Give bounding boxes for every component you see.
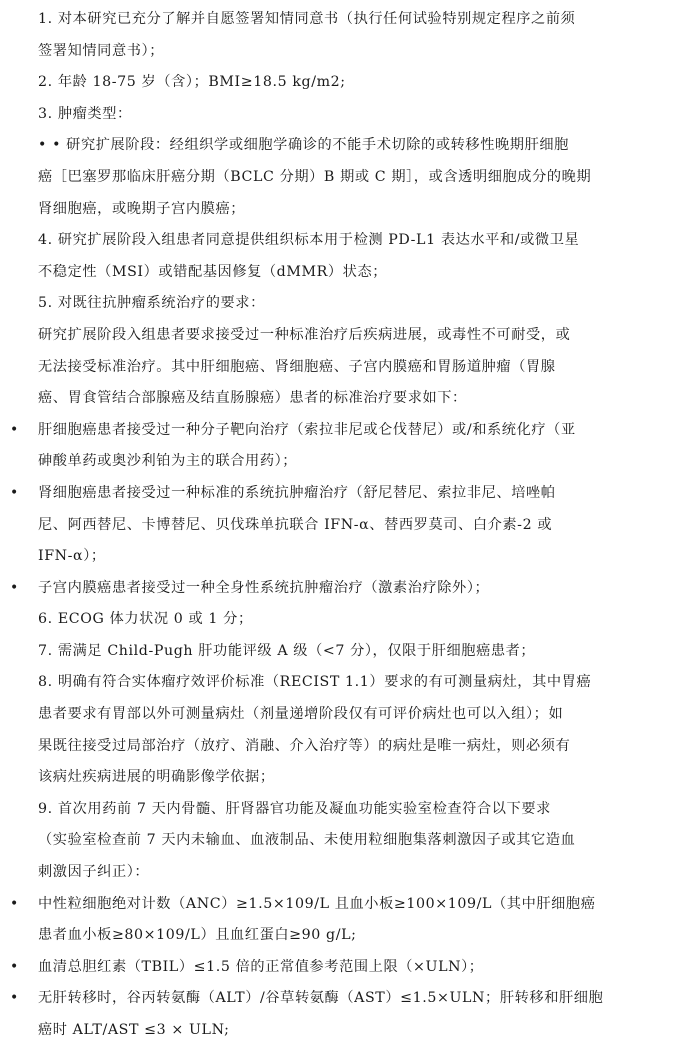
line-text: 5. 对既往抗肿瘤系统治疗的要求： — [38, 295, 265, 311]
text-line: 3. 肿瘤类型： — [0, 99, 688, 131]
text-line: 果既往接受过局部治疗（放疗、消融、介入治疗等）的病灶是唯一病灶，则必须有 — [0, 731, 688, 763]
text-line: （实验室检查前 7 天内未输血、血液制品、未使用粒细胞集落刺激因子或其它造血 — [0, 825, 688, 857]
line-text: 尼、阿西替尼、卡博替尼、贝伐珠单抗联合 IFN-α、替西罗莫司、白介素-2 或 — [38, 517, 552, 533]
bullet-icon: • — [10, 478, 19, 510]
text-line: IFN-α）； — [0, 541, 688, 573]
line-text: 刺激因子纠正）： — [38, 864, 149, 880]
line-text: 砷酸单药或奥沙利铂为主的联合用药）； — [38, 453, 297, 469]
text-line: 5. 对既往抗肿瘤系统治疗的要求： — [0, 288, 688, 320]
line-text: 无肝转移时，谷丙转氨酶（ALT）/谷草转氨酶（AST）≤1.5×ULN；肝转移和… — [38, 990, 603, 1006]
line-text: 患者要求有胃部以外可测量病灶（剂量递增阶段仅有可评价病灶也可以入组）；如 — [38, 706, 563, 722]
text-line: 该病灶疾病进展的明确影像学依据； — [0, 762, 688, 794]
line-text: （实验室检查前 7 天内未输血、血液制品、未使用粒细胞集落刺激因子或其它造血 — [38, 832, 575, 848]
text-line: 砷酸单药或奥沙利铂为主的联合用药）； — [0, 446, 688, 478]
line-text: 无法接受标准治疗。其中肝细胞癌、肾细胞癌、子宫内膜癌和胃肠道肿瘤（胃腺 — [38, 359, 556, 375]
line-text: 果既往接受过局部治疗（放疗、消融、介入治疗等）的病灶是唯一病灶，则必须有 — [38, 738, 570, 754]
line-text: 癌［巴塞罗那临床肝癌分期（BCLC 分期）B 期或 C 期］，或含透明细胞成分的… — [38, 169, 591, 185]
line-text: 不稳定性（MSI）或错配基因修复（dMMR）状态； — [38, 264, 387, 280]
text-line: • • 研究扩展阶段：经组织学或细胞学确诊的不能手术切除的或转移性晚期肝细胞 — [0, 130, 688, 162]
bullet-list-item-line: •无肝转移时，谷丙转氨酶（ALT）/谷草转氨酶（AST）≤1.5×ULN；肝转移… — [0, 983, 688, 1015]
text-line: 无法接受标准治疗。其中肝细胞癌、肾细胞癌、子宫内膜癌和胃肠道肿瘤（胃腺 — [0, 352, 688, 384]
line-text: 癌时 ALT/AST ≤3 × ULN; — [38, 1022, 229, 1038]
line-text: 肝细胞癌患者接受过一种分子靶向治疗（索拉非尼或仑伐替尼）或/和系统化疗（亚 — [38, 422, 576, 438]
line-text: 1. 对本研究已充分了解并自愿签署知情同意书（执行任何试验特别规定程序之前须 — [38, 11, 575, 27]
line-text: 3. 肿瘤类型： — [38, 106, 132, 122]
bullet-list-item-line: •血清总胆红素（TBIL）≤1.5 倍的正常值参考范围上限（×ULN）； — [0, 952, 688, 984]
line-text: 该病灶疾病进展的明确影像学依据； — [38, 769, 275, 785]
text-line: 2. 年龄 18-75 岁（含）；BMI≥18.5 kg/m2; — [0, 67, 688, 99]
text-line: 不稳定性（MSI）或错配基因修复（dMMR）状态； — [0, 257, 688, 289]
line-text: 6. ECOG 体力状况 0 或 1 分； — [38, 611, 253, 627]
bullet-list-item-line: •子宫内膜癌患者接受过一种全身性系统抗肿瘤治疗（激素治疗除外）； — [0, 573, 688, 605]
text-line: 刺激因子纠正）： — [0, 857, 688, 889]
bullet-icon: • — [10, 573, 19, 605]
bullet-list-item-line: •肝细胞癌患者接受过一种分子靶向治疗（索拉非尼或仑伐替尼）或/和系统化疗（亚 — [0, 415, 688, 447]
bullet-list-item-line: •肾细胞癌患者接受过一种标准的系统抗肿瘤治疗（舒尼替尼、索拉非尼、培唑帕 — [0, 478, 688, 510]
line-text: 4. 研究扩展阶段入组患者同意提供组织标本用于检测 PD-L1 表达水平和/或微… — [38, 232, 579, 248]
text-line: 4. 研究扩展阶段入组患者同意提供组织标本用于检测 PD-L1 表达水平和/或微… — [0, 225, 688, 257]
line-text: 患者血小板≥80×109/L）且血红蛋白≥90 g/L; — [38, 927, 357, 943]
text-line: 肾细胞癌，或晚期子宫内膜癌； — [0, 194, 688, 226]
text-line: 签署知情同意书）； — [0, 36, 688, 68]
text-line: 尼、阿西替尼、卡博替尼、贝伐珠单抗联合 IFN-α、替西罗莫司、白介素-2 或 — [0, 510, 688, 542]
line-text: 9. 首次用药前 7 天内骨髓、肝肾器官功能及凝血功能实验室检查符合以下要求 — [38, 801, 551, 817]
line-text: 2. 年龄 18-75 岁（含）；BMI≥18.5 kg/m2; — [38, 74, 346, 90]
text-line: 研究扩展阶段入组患者要求接受过一种标准治疗后疾病进展，或毒性不可耐受，或 — [0, 320, 688, 352]
line-text: • • 研究扩展阶段：经组织学或细胞学确诊的不能手术切除的或转移性晚期肝细胞 — [38, 137, 569, 153]
line-text: 癌、胃食管结合部腺癌及结直肠腺癌）患者的标准治疗要求如下： — [38, 390, 467, 406]
line-text: 研究扩展阶段入组患者要求接受过一种标准治疗后疾病进展，或毒性不可耐受，或 — [38, 327, 570, 343]
bullet-list-item-line: •中性粒细胞绝对计数（ANC）≥1.5×109/L 且血小板≥100×109/L… — [0, 889, 688, 921]
text-line: 癌、胃食管结合部腺癌及结直肠腺癌）患者的标准治疗要求如下： — [0, 383, 688, 415]
line-text: 子宫内膜癌患者接受过一种全身性系统抗肿瘤治疗（激素治疗除外）； — [38, 580, 489, 596]
line-text: 肾细胞癌，或晚期子宫内膜癌； — [38, 201, 245, 217]
document-body: 1. 对本研究已充分了解并自愿签署知情同意书（执行任何试验特别规定程序之前须签署… — [0, 4, 688, 1047]
line-text: IFN-α）； — [38, 548, 106, 564]
bullet-icon: • — [10, 983, 19, 1015]
text-line: 6. ECOG 体力状况 0 或 1 分； — [0, 604, 688, 636]
line-text: 签署知情同意书）； — [38, 43, 164, 59]
text-line: 患者要求有胃部以外可测量病灶（剂量递增阶段仅有可评价病灶也可以入组）；如 — [0, 699, 688, 731]
text-line: 癌时 ALT/AST ≤3 × ULN; — [0, 1015, 688, 1047]
bullet-icon: • — [10, 889, 19, 921]
text-line: 8. 明确有符合实体瘤疗效评价标准（RECIST 1.1）要求的有可测量病灶，其… — [0, 667, 688, 699]
line-text: 7. 需满足 Child-Pugh 肝功能评级 A 级（<7 分），仅限于肝细胞… — [38, 643, 535, 659]
line-text: 中性粒细胞绝对计数（ANC）≥1.5×109/L 且血小板≥100×109/L（… — [38, 896, 596, 912]
line-text: 肾细胞癌患者接受过一种标准的系统抗肿瘤治疗（舒尼替尼、索拉非尼、培唑帕 — [38, 485, 556, 501]
text-line: 7. 需满足 Child-Pugh 肝功能评级 A 级（<7 分），仅限于肝细胞… — [0, 636, 688, 668]
bullet-icon: • — [10, 415, 19, 447]
line-text: 血清总胆红素（TBIL）≤1.5 倍的正常值参考范围上限（×ULN）； — [38, 959, 484, 975]
text-line: 患者血小板≥80×109/L）且血红蛋白≥90 g/L; — [0, 920, 688, 952]
text-line: 1. 对本研究已充分了解并自愿签署知情同意书（执行任何试验特别规定程序之前须 — [0, 4, 688, 36]
text-line: 9. 首次用药前 7 天内骨髓、肝肾器官功能及凝血功能实验室检查符合以下要求 — [0, 794, 688, 826]
bullet-icon: • — [10, 952, 19, 984]
line-text: 8. 明确有符合实体瘤疗效评价标准（RECIST 1.1）要求的有可测量病灶，其… — [38, 674, 591, 690]
text-line: 癌［巴塞罗那临床肝癌分期（BCLC 分期）B 期或 C 期］，或含透明细胞成分的… — [0, 162, 688, 194]
